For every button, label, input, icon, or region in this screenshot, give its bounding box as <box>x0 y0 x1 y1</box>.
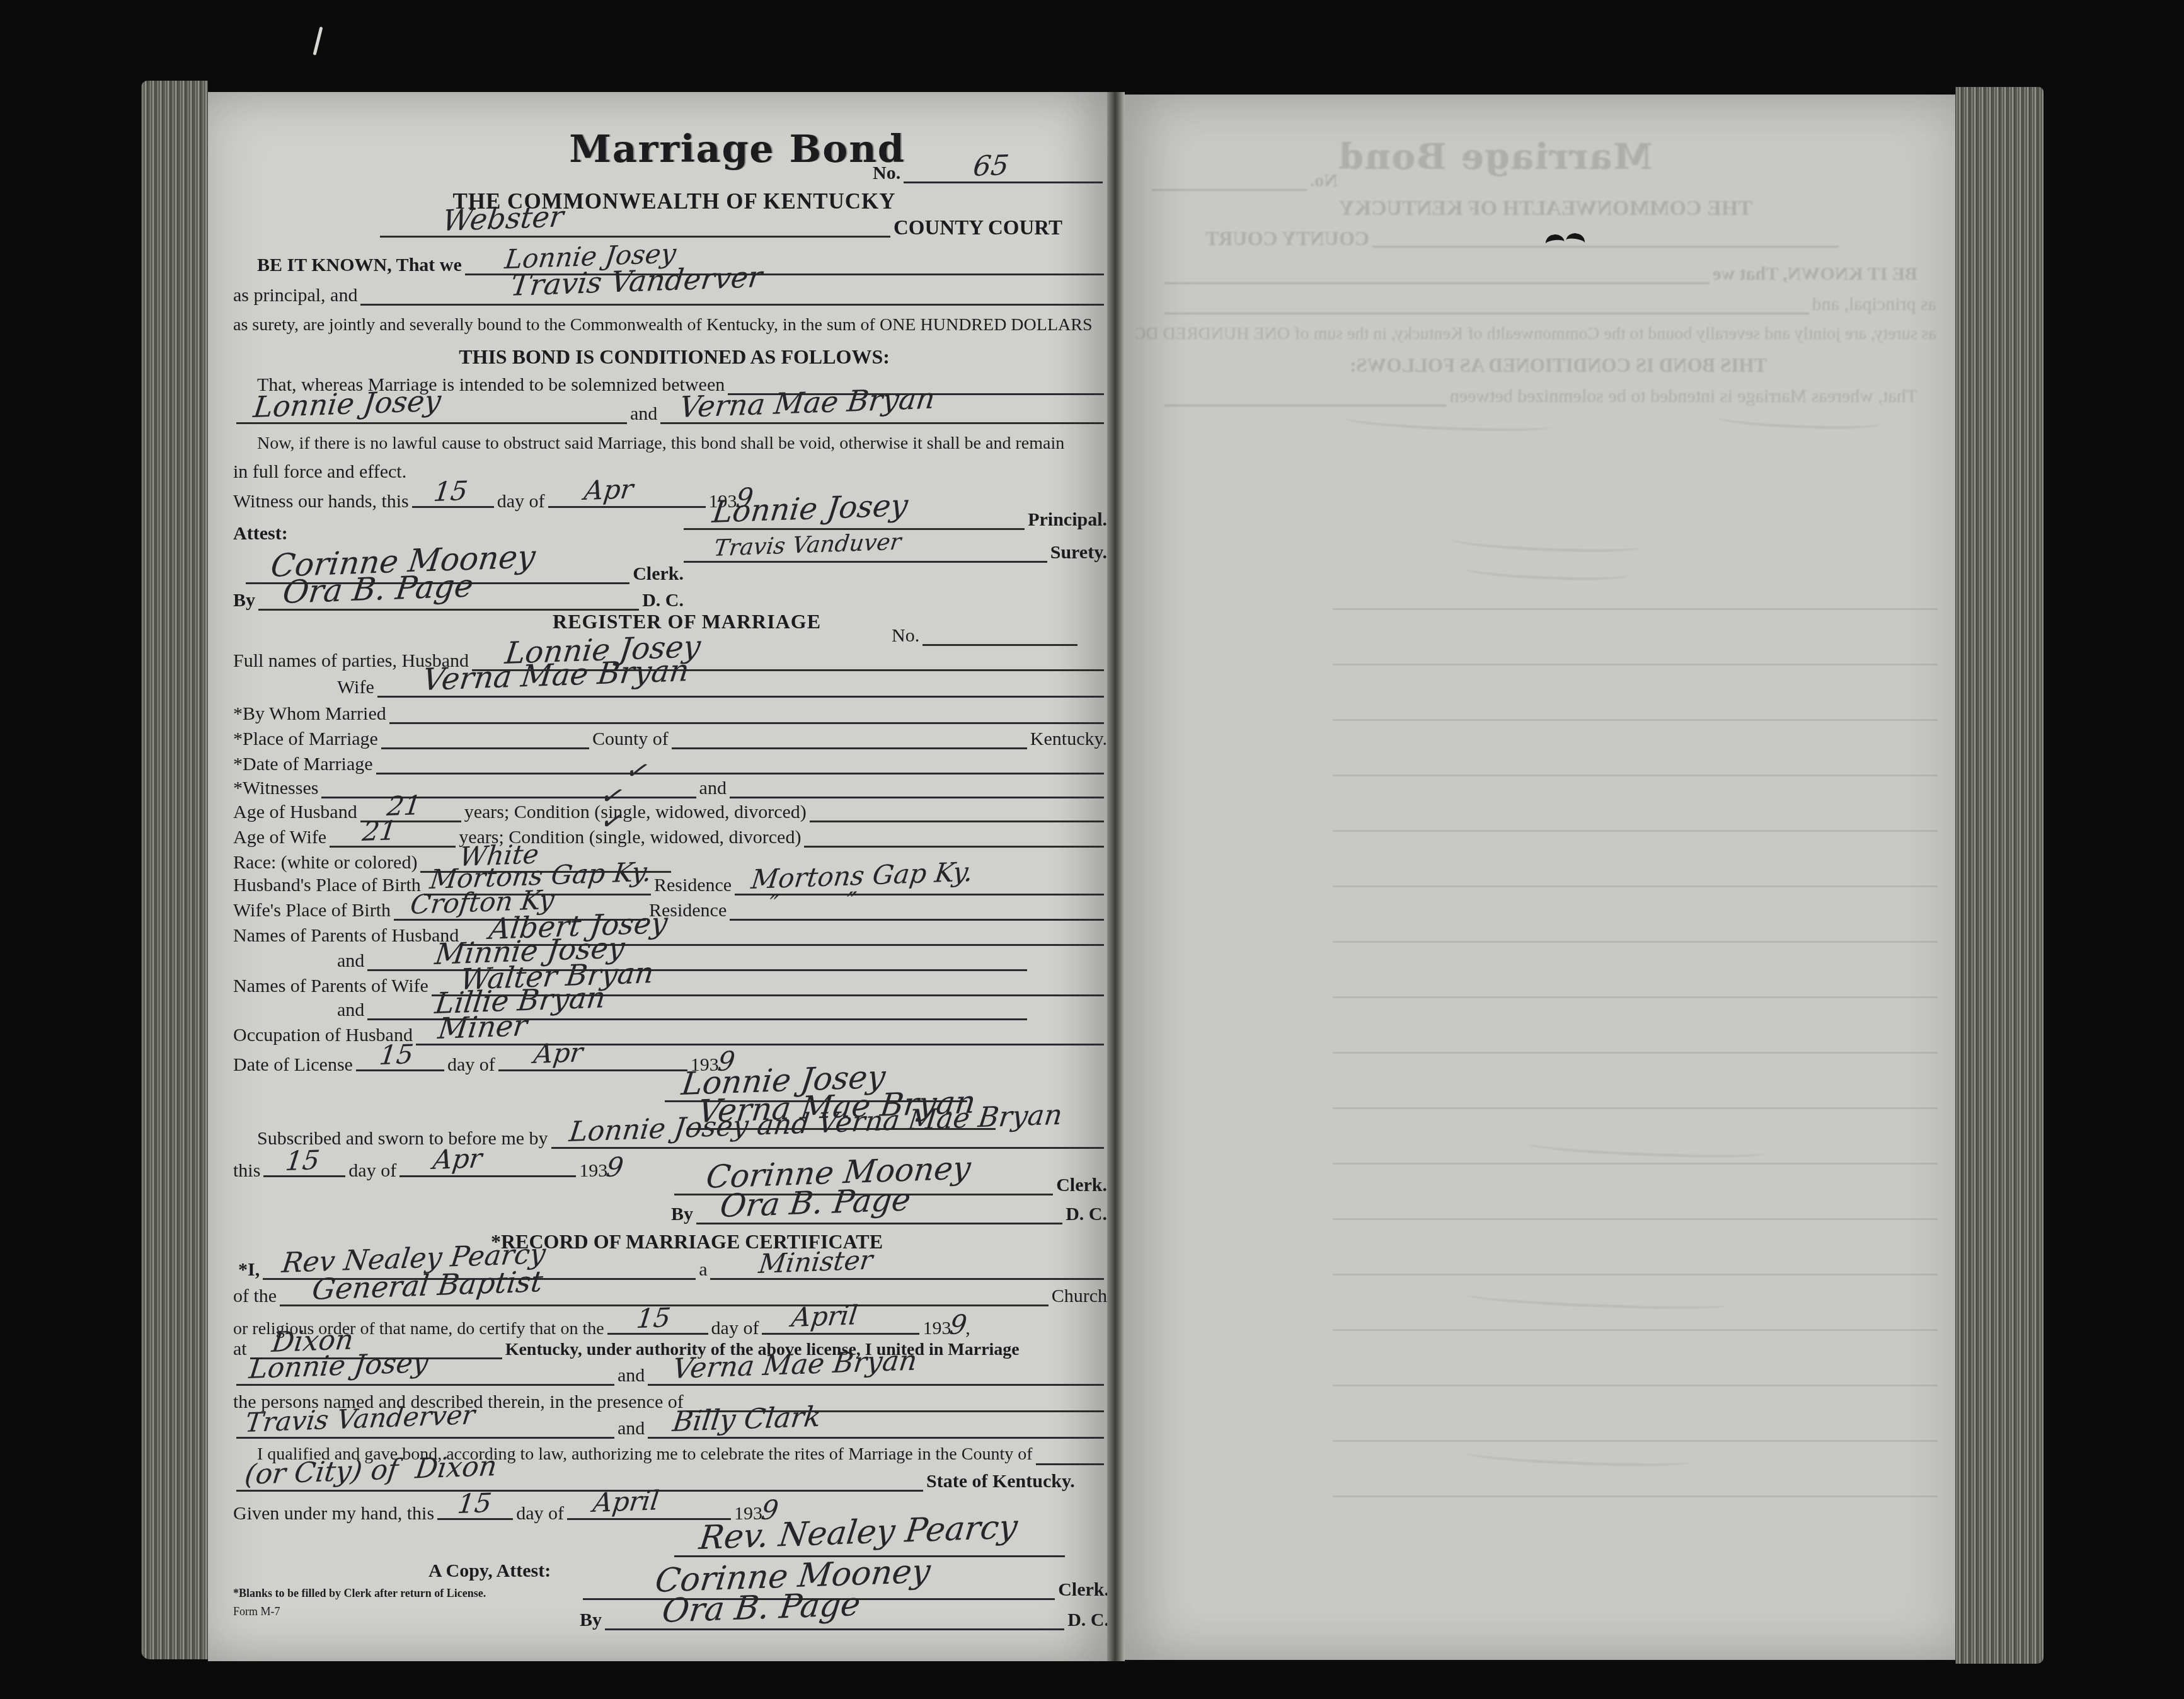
given-label: Given under my hand, this <box>233 1503 434 1524</box>
surety-sig-row: Travis VanduverSurety. <box>681 542 1107 567</box>
ghost-county-court: COUNTY COURT <box>1205 227 1369 250</box>
given-day-line: 15 <box>437 1516 513 1520</box>
husband-birth-label: Husband's Place of Birth <box>233 875 421 896</box>
city-line: (or City) of Dixon <box>236 1488 923 1492</box>
register-no-line <box>922 642 1078 646</box>
sworn-names-hw: Lonnie Josey and Verna Mae Bryan <box>568 1101 1064 1146</box>
kentucky-label: Kentucky. <box>1030 729 1107 750</box>
wife-birth-label: Wife's Place of Birth <box>233 900 391 921</box>
age-husband-label: Age of Husband <box>233 802 357 823</box>
year-digit-hw: 9 <box>605 1154 625 1181</box>
license-label: Date of License <box>233 1054 353 1076</box>
sworn-date-row: this15day ofApr1939 <box>233 1155 693 1182</box>
cert-witnesses-row: Travis VanderverandBilly Clark <box>233 1418 1107 1443</box>
register-no-row: No. <box>892 625 1081 650</box>
ghost-handwriting <box>1464 1446 1691 1469</box>
book-gutter <box>1107 92 1125 1661</box>
certify-day-hw: 15 <box>635 1304 672 1332</box>
surety-line: Travis Vanderver <box>360 302 1104 306</box>
ghost-handwriting <box>1527 1136 1767 1160</box>
ghost-whereas-row: That, whereas Marriage is intended to be… <box>1161 386 1917 411</box>
day-of-label: day of <box>497 491 545 512</box>
witness-month-line: Apr <box>548 504 706 508</box>
by-whom-line <box>389 720 1104 724</box>
church-label: Church <box>1052 1286 1107 1307</box>
ghost-surety-clause: as surety, are jointly and severally bou… <box>1136 324 1936 344</box>
sworn-month-line: Apr <box>399 1173 576 1177</box>
state-label: State of Kentucky. <box>926 1471 1075 1492</box>
given-day-hw: 15 <box>456 1490 493 1518</box>
ghost-known-row: BE IT KNOWN, That we <box>1161 263 1917 289</box>
surety-clause-row: as surety, are jointly and severally bou… <box>233 315 1109 340</box>
ghost-handwriting <box>1464 1287 1729 1312</box>
principal-title: Principal. <box>1028 509 1107 531</box>
parents-husband-label: Names of Parents of Husband <box>233 925 459 947</box>
witness2-hw: Billy Clark <box>671 1403 822 1436</box>
conditioned-text: THIS BOND IS CONDITIONED AS FOLLOWS: <box>459 345 890 369</box>
and-label: and <box>630 403 657 425</box>
place-of-marriage-row: *Place of MarriageCounty ofKentucky. <box>233 729 1107 754</box>
as-principal-label: as principal, and <box>233 285 357 306</box>
cert-deputy-row: ByOra B. PageD. C. <box>580 1610 1109 1635</box>
ghost-principal-row: as principal, and <box>1161 294 1936 319</box>
ghost-conditioned: THIS BOND IS CONDITIONED AS FOLLOWS: <box>1350 354 1766 379</box>
witness2-line: Billy Clark <box>648 1435 1104 1439</box>
void-clause-row: Now, if there is no lawful cause to obst… <box>257 434 1107 459</box>
certify-row: or religious order of that name, do cert… <box>233 1312 1107 1339</box>
age-wife-label: Age of Wife <box>233 827 326 848</box>
be-it-known-label: BE IT KNOWN, That we <box>257 255 462 276</box>
witnesses-label: *Witnesses <box>233 778 318 799</box>
this-label: this <box>233 1160 260 1182</box>
witness1-line: Travis Vanderver <box>236 1435 614 1439</box>
ghost-handwriting <box>1464 561 1628 582</box>
united-groom-line: Lonnie Josey <box>236 1382 614 1386</box>
condition-line-w <box>804 844 1104 848</box>
condition-label: years; Condition (single, widowed, divor… <box>464 802 807 823</box>
wife-label: Wife <box>337 677 374 698</box>
ghost-county-line <box>1372 244 1839 248</box>
by-whom-row: *By Whom Married <box>233 703 1107 729</box>
condition-line-h <box>810 819 1104 822</box>
ghost-handwriting <box>1344 411 1553 434</box>
wife-name-row: WifeVerna Mae Bryan <box>337 677 1107 702</box>
wife-residence-hw: ″ ″ <box>767 889 858 918</box>
footnote-line2: Form M-7 <box>233 1603 523 1621</box>
footnote-line1: *Blanks to be filled by Clerk after retu… <box>233 1584 523 1603</box>
day-of-label: day of <box>516 1503 564 1524</box>
register-no-label: No. <box>892 625 919 647</box>
copy-attest-label: A Copy, Attest: <box>428 1560 551 1582</box>
couple-row: Lonnie JoseyandVerna Mae Bryan <box>233 403 1107 429</box>
wife-name-line: Verna Mae Bryan <box>377 694 1104 698</box>
clerk-title: Clerk. <box>633 563 684 585</box>
age-wife-hw: 21 <box>361 817 398 845</box>
witness1-hw: Travis Vanderver <box>244 1402 476 1436</box>
no-label: No. <box>873 163 900 184</box>
license-month-line: Apr <box>498 1068 687 1071</box>
qualified-line <box>1036 1461 1104 1465</box>
book-scan: Marriage Bond No.65 THE COMMONWEALTH OF … <box>0 0 2184 1699</box>
footnote: *Blanks to be filled by Clerk after retu… <box>233 1584 523 1621</box>
church-name-hw: General Baptist <box>311 1267 544 1304</box>
witnesses-line2 <box>730 795 1104 798</box>
no-line: 65 <box>904 180 1103 183</box>
ghost-surety-row: as surety, are jointly and severally bou… <box>1136 324 1936 349</box>
page-edges-right <box>1955 87 2043 1664</box>
license-month-hw: Apr <box>532 1039 584 1068</box>
ghost-whereas-label: That, whereas Marriage is intended to be… <box>1450 386 1917 407</box>
county-of-label: County of <box>592 729 669 750</box>
ghost-known-line <box>1164 280 1710 284</box>
ghost-title-text: Marriage Bond <box>1338 136 1653 178</box>
ghost-principal-line <box>1164 311 1809 314</box>
bride-name-hw: Verna Mae Bryan <box>678 384 937 422</box>
witnesses-and: and <box>699 778 727 799</box>
cert-deputy-hw: Ora B. Page <box>660 1588 862 1628</box>
wife-residence-line: ″ ″ <box>730 917 1104 921</box>
attest-label: Attest: <box>233 523 288 544</box>
date-marriage-line <box>376 771 1104 775</box>
husband-residence-hw: Mortons Gap Ky. <box>750 859 974 893</box>
united-couple-row: Lonnie JoseyandVerna Mae Bryan <box>233 1365 1107 1390</box>
dc-title: D. C. <box>642 590 684 611</box>
bond-number-value: 65 <box>972 152 1010 181</box>
and-label: and <box>618 1365 645 1386</box>
a-label: a <box>699 1259 707 1281</box>
and-label: and <box>337 999 364 1021</box>
witness-month-hw: Apr <box>583 476 635 504</box>
certify-month-line: April <box>762 1331 919 1335</box>
united-groom-hw: Lonnie Josey <box>248 1349 430 1383</box>
united-bride-line: Verna Mae Bryan <box>648 1382 1104 1386</box>
certify-day-line: 15 <box>607 1331 708 1335</box>
by-whom-label: *By Whom Married <box>233 703 386 725</box>
given-month-hw: April <box>592 1487 660 1516</box>
day-of-label: day of <box>447 1054 495 1076</box>
certify-month-hw: April <box>790 1302 859 1331</box>
united-bride-hw: Verna Mae Bryan <box>671 1347 919 1383</box>
witness-day-hw: 15 <box>432 478 469 505</box>
i-label: *I, <box>238 1259 260 1281</box>
occupation-line: Miner <box>416 1042 1104 1045</box>
register-deputy-row: ByOra B. PageD. C. <box>671 1204 1107 1229</box>
force-clause-row: in full force and effect. <box>233 461 611 487</box>
principal-sig-line: Lonnie Josey <box>684 526 1025 530</box>
parents-husband-row: Names of Parents of HusbandAlbert Josey <box>233 925 1107 950</box>
register-deputy-hw: Ora B. Page <box>718 1184 912 1222</box>
wife-name-hw: Verna Mae Bryan <box>421 655 691 695</box>
ghost-no-label: No. <box>1310 170 1338 192</box>
sworn-names-line: Lonnie Josey and Verna Mae Bryan <box>551 1145 1104 1149</box>
license-day-line: 15 <box>356 1068 444 1071</box>
register-deputy-line: Ora B. Page <box>696 1221 1062 1224</box>
witnesses-row: ✓*Witnessesand <box>233 778 1107 803</box>
void-clause-text: Now, if there is no lawful cause to obst… <box>257 434 1064 454</box>
county-court-row: WebsterCOUNTY COURT <box>377 217 1108 242</box>
of-the-label: of the <box>233 1286 277 1307</box>
age-wife-line: 21 <box>330 844 456 848</box>
surety-sig-hw: Travis Vanduver <box>713 531 902 560</box>
bride-line: Verna Mae Bryan <box>660 420 1104 424</box>
page-edges-left <box>141 81 208 1659</box>
ghost-whereas-line <box>1164 403 1447 406</box>
surety-clause-text: as surety, are jointly and severally bou… <box>233 315 1092 335</box>
as-principal-row: as principal, andTravis Vanderver <box>233 285 1107 310</box>
race-label: Race: (white or colored) <box>233 852 417 873</box>
principal-sig-hw: Lonnie Josey <box>711 490 910 527</box>
clerk-title: Clerk. <box>1056 1175 1107 1196</box>
groom-name-hw: Lonnie Josey <box>252 386 443 422</box>
ghost-handwriting <box>1716 410 1880 430</box>
clerk-title: Clerk. <box>1058 1579 1109 1601</box>
ghost-title: Marriage Bond <box>1319 136 1672 178</box>
residence-label: Residence <box>654 875 732 896</box>
place-label: *Place of Marriage <box>233 729 378 750</box>
license-day-hw: 15 <box>378 1041 415 1069</box>
husband-birth-row: Husband's Place of BirthMortons Gap Ky.R… <box>233 875 1107 900</box>
at-label: at <box>233 1339 247 1360</box>
surety-name-hw: Travis Vanderver <box>509 262 764 300</box>
conditioned-heading: THIS BOND IS CONDITIONED AS FOLLOWS: <box>466 345 882 371</box>
mother-husband-row: andMinnie Josey <box>337 950 1030 976</box>
ghost-conditioned-text: THIS BOND IS CONDITIONED AS FOLLOWS: <box>1350 354 1767 377</box>
ghost-known-label: BE IT KNOWN, That we <box>1713 263 1917 285</box>
by-label: By <box>580 1610 602 1631</box>
place-line <box>381 746 589 749</box>
city-hw: (or City) of Dixon <box>243 1453 498 1489</box>
county-of-line <box>672 746 1027 749</box>
year-printed: 193 <box>579 1160 607 1182</box>
minister-title-line: Minister <box>710 1276 1104 1280</box>
and-label: and <box>337 950 364 972</box>
scratch-mark <box>313 26 323 55</box>
witness-clause-label: Witness our hands, this <box>233 491 409 512</box>
marriage-bond-page: Marriage Bond No.65 THE COMMONWEALTH OF … <box>208 92 1107 1661</box>
ghost-commonwealth-text: THE COMMONWEALTH OF KENTUCKY <box>1339 197 1752 221</box>
deputy-sig-hw: Ora B. Page <box>281 570 475 608</box>
county-line: Webster <box>380 234 890 238</box>
surety-sig-line: Travis Vanduver <box>684 559 1047 563</box>
ghost-county-row: COUNTY COURT <box>1161 227 1842 252</box>
ghost-principal-label: as principal, and <box>1812 294 1936 315</box>
city-row: (or City) of DixonState of Kentucky. <box>233 1471 1107 1496</box>
facing-page: Marriage Bond No. THE COMMONWEALTH OF KE… <box>1125 95 1955 1660</box>
sworn-month-hw: Apr <box>432 1145 483 1173</box>
ghost-no-row: No. <box>1149 170 1338 195</box>
bond-number-row: No.65 <box>873 163 1106 188</box>
day-of-label: day of <box>711 1318 759 1339</box>
day-of-label: day of <box>348 1160 396 1182</box>
witness-day-line: 15 <box>412 504 494 508</box>
and-label: and <box>618 1418 645 1439</box>
occupation-hw: Miner <box>437 1011 529 1043</box>
parents-wife-row: Names of Parents of WifeWalter Bryan <box>233 976 1107 1001</box>
by-label: By <box>671 1204 693 1225</box>
witnesses-line1 <box>321 795 696 798</box>
form-title: Marriage Bond <box>561 127 914 171</box>
surety-title: Surety. <box>1050 542 1107 563</box>
date-marriage-label: *Date of Marriage <box>233 754 373 775</box>
form-title-text: Marriage Bond <box>569 127 905 171</box>
occupation-row: Occupation of HusbandMiner <box>233 1025 1107 1050</box>
ghost-commonwealth: THE COMMONWEALTH OF KENTUCKY <box>1344 197 1747 222</box>
county-name-hw: Webster <box>441 202 565 235</box>
parents-wife-label: Names of Parents of Wife <box>233 976 428 997</box>
year-printed: 193 <box>922 1318 951 1339</box>
by-label: By <box>233 590 255 611</box>
sworn-row: Subscribed and sworn to before me byLonn… <box>257 1128 1107 1153</box>
wife-birth-row: Wife's Place of BirthCrofton KyResidence… <box>233 900 1107 925</box>
dc-title: D. C. <box>1067 1610 1109 1631</box>
ghost-no-line <box>1152 187 1307 191</box>
minister-sig-hw: Rev. Nealey Pearcy <box>698 1511 1020 1555</box>
sworn-day-line: 15 <box>263 1173 345 1177</box>
bleed-through-form: Marriage Bond No. THE COMMONWEALTH OF KE… <box>1125 95 1955 1660</box>
ghost-handwriting <box>1451 533 1641 554</box>
minister-title-hw: Minister <box>757 1247 874 1277</box>
sworn-day-hw: 15 <box>284 1147 321 1175</box>
age-wife-row: ✓Age of Wife21years; Condition (single, … <box>233 827 1107 852</box>
cert-deputy-line: Ora B. Page <box>605 1627 1064 1630</box>
groom-line: Lonnie Josey <box>236 420 627 424</box>
dc-title: D. C. <box>1066 1204 1107 1225</box>
date-of-marriage-row: *Date of Marriage <box>233 754 1107 779</box>
force-clause-text: in full force and effect. <box>233 461 406 483</box>
county-court-label: COUNTY COURT <box>894 217 1062 240</box>
